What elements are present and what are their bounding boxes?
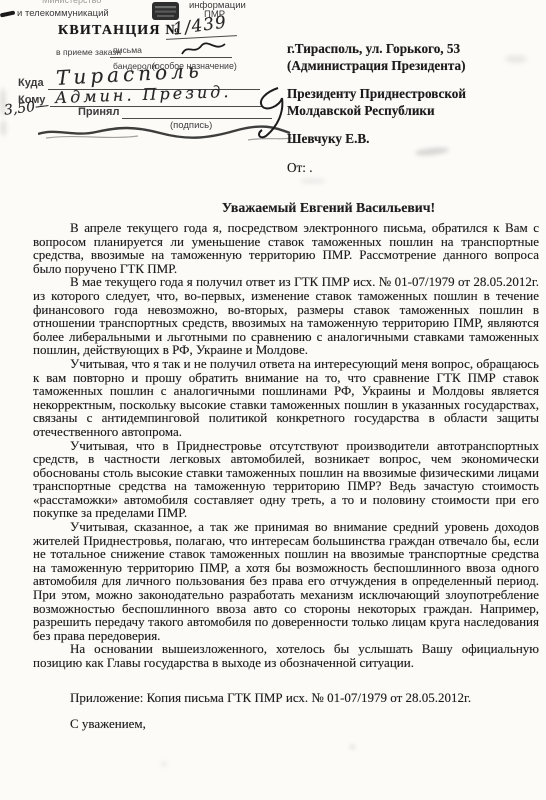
receipt-torn-edge [38, 124, 293, 144]
price-handwritten: 3,50— [3, 97, 50, 118]
address-street: г.Тирасполь, ул. Горького, 53 [287, 41, 537, 58]
scan-smudge [350, 745, 355, 749]
body-paragraph: В мае текущего года я получил ответ из Г… [33, 275, 539, 357]
letter-body: В апреле текущего года я, посредством эл… [33, 221, 539, 670]
recipient-title-line1: Президенту Приднестровской [287, 86, 537, 103]
mail-word-top: письма [113, 45, 142, 55]
receipt-title: КВИТАНЦИЯ № [58, 23, 181, 39]
intake-label: в приеме заказн [56, 47, 121, 57]
from-label: От: . [287, 160, 537, 177]
pmr-emblem-stamp-icon [151, 1, 180, 21]
body-paragraph: Учитывая, что в Приднестровье отсутствую… [33, 439, 539, 521]
scan-smudge [162, 762, 166, 766]
body-paragraph: На основании вышеизложенного, хотелось б… [33, 642, 539, 669]
letter-salutation: Уважаемый Евгений Васильевич! [33, 200, 539, 216]
scan-smudge [505, 55, 527, 63]
ministry-name-left: и телекоммуникаций [17, 8, 109, 19]
address-block: г.Тирасполь, ул. Горького, 53 (Администр… [287, 41, 537, 177]
body-paragraph: Учитывая, что я так и не получил ответа … [33, 357, 539, 439]
body-paragraph: Учитывая, сказанное, а так же принимая в… [33, 520, 539, 642]
recipient-name: Шевчуку Е.В. [287, 131, 537, 148]
attachment-line: Приложение: Копия письма ГТК ПМР исх. № … [33, 690, 539, 706]
handwritten-scribble [180, 40, 228, 60]
where-label: Куда [18, 77, 44, 89]
scan-smudge [0, 88, 6, 116]
scan-smudge [0, 120, 7, 136]
ministry-name-top: Министерство [42, 0, 101, 5]
accepted-label: Принял [78, 106, 119, 118]
recipient-title-line2: Молдавской Республики [287, 103, 537, 120]
postal-receipt-stamp: Министерство и телекоммуникаций информац… [0, 0, 300, 155]
body-paragraph: В апреле текущего года я, посредством эл… [33, 221, 539, 275]
scan-smudge [300, 178, 326, 184]
closing-line: С уважением, [33, 716, 333, 732]
address-office: (Администрация Президента) [287, 58, 537, 75]
